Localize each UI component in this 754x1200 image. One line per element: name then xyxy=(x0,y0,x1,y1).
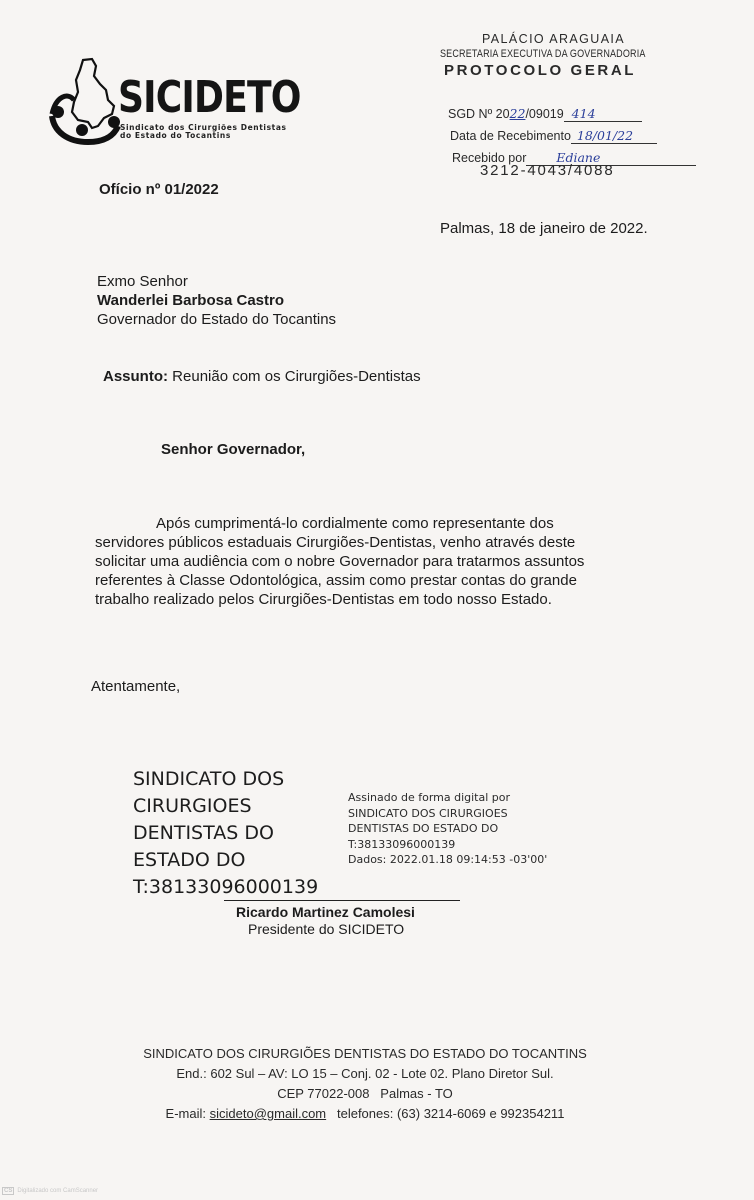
stamp-sgd-number: SGD Nº 2022/09019414 xyxy=(448,106,642,122)
signer-block: SINDICATO DOS CIRURGIOES DENTISTAS DO ES… xyxy=(133,766,318,901)
stamp-received-date: Data de Recebimento18/01/22 xyxy=(450,128,657,144)
signer-title: Presidente do SICIDETO xyxy=(248,920,404,939)
letter-footer: SINDICATO DOS CIRURGIÕES DENTISTAS DO ES… xyxy=(100,1044,630,1124)
camscanner-icon: CS xyxy=(2,1187,14,1195)
footer-address: End.: 602 Sul – AV: LO 15 – Conj. 02 - L… xyxy=(100,1064,630,1084)
subject-text: Reunião com os Cirurgiões-Dentistas xyxy=(172,368,420,385)
place-date: Palmas, 18 de janeiro de 2022. xyxy=(440,219,648,238)
stamp-palace: PALÁCIO ARAGUAIA xyxy=(482,32,625,46)
footer-org-name: SINDICATO DOS CIRURGIÕES DENTISTAS DO ES… xyxy=(100,1044,630,1064)
closing: Atentamente, xyxy=(91,677,180,696)
stamp-protocol: PROTOCOLO GERAL xyxy=(444,62,636,79)
subject-line: Assunto: Reunião com os Cirurgiões-Denti… xyxy=(103,367,421,386)
salutation-title: Exmo Senhor xyxy=(97,272,336,291)
greeting: Senhor Governador, xyxy=(161,440,305,459)
stamp-secretariat: SECRETARIA EXECUTIVA DA GOVERNADORIA xyxy=(440,48,646,60)
footer-contact: E-mail: sicideto@gmail.com telefones: (6… xyxy=(100,1104,630,1124)
digital-signature-note: Assinado de forma digital por SINDICATO … xyxy=(348,790,547,868)
stamp-phone: 3212-4043/4088 xyxy=(480,162,614,179)
scanner-watermark: CSDigitalizado com CamScanner xyxy=(2,1187,98,1195)
signature-line xyxy=(224,900,460,901)
footer-cep: CEP 77022-008 Palmas - TO xyxy=(100,1084,630,1104)
org-acronym: SICIDETO xyxy=(118,76,301,120)
recipient-role: Governador do Estado do Tocantins xyxy=(97,310,336,329)
recipient-name: Wanderlei Barbosa Castro xyxy=(97,291,336,310)
recipient-block: Exmo Senhor Wanderlei Barbosa Castro Gov… xyxy=(97,272,336,329)
subject-label: Assunto: xyxy=(103,368,168,385)
letter-body: Após cumprimentá-lo cordialmente como re… xyxy=(95,514,655,609)
office-number: Ofício nº 01/2022 xyxy=(99,180,219,199)
footer-email-link[interactable]: sicideto@gmail.com xyxy=(210,1106,327,1121)
org-subtitle: Sindicato dos Cirurgiões Dentistas do Es… xyxy=(120,124,287,140)
